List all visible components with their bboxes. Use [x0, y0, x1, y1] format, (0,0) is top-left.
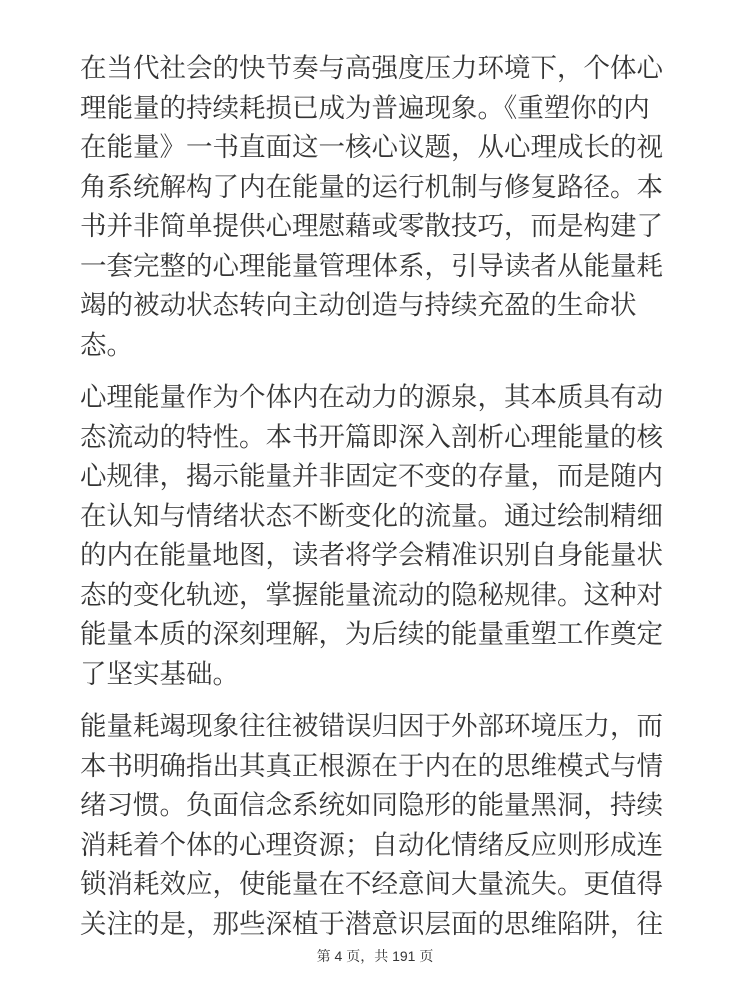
page-number-label: 第 4 页，共 191 页: [317, 948, 434, 964]
paragraph-2: 心理能量作为个体内在动力的源泉，其本质具有动态流动的特性。本书开篇即深入剖析心理…: [80, 378, 668, 694]
document-page: 在当代社会的快节奏与高强度压力环境下，个体心理能量的持续耗损已成为普遍现象。《重…: [0, 0, 750, 1000]
page-footer: 第 4 页，共 191 页: [0, 946, 750, 966]
document-content: 在当代社会的快节奏与高强度压力环境下，个体心理能量的持续耗损已成为普遍现象。《重…: [80, 49, 668, 944]
paragraph-1: 在当代社会的快节奏与高强度压力环境下，个体心理能量的持续耗损已成为普遍现象。《重…: [80, 49, 668, 365]
paragraph-3: 能量耗竭现象往往被错误归因于外部环境压力，而本书明确指出其真正根源在于内在的思维…: [80, 707, 668, 944]
